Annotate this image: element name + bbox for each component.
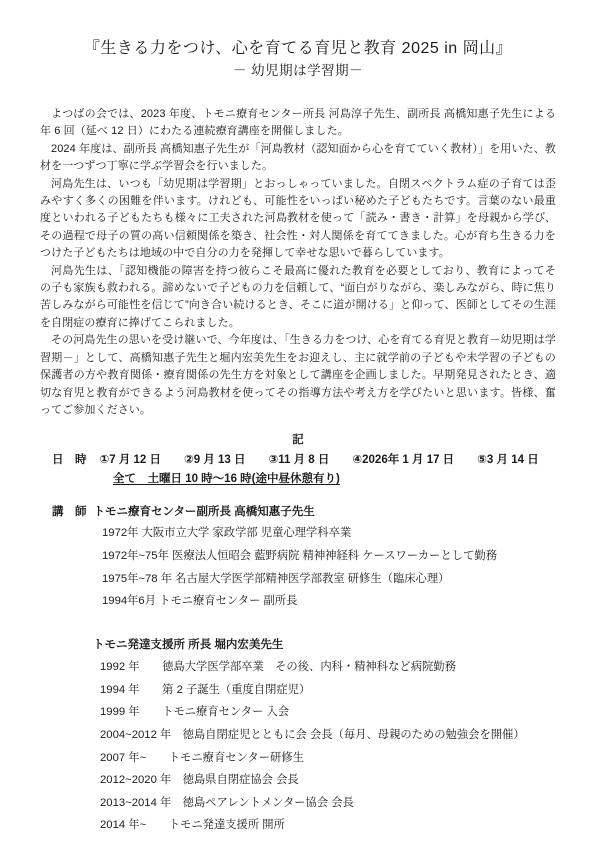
schedule-label: 日 時: [52, 451, 87, 470]
lecturer1-history: 1972年 大阪市立大学 家政学部 児童心理学科卒業 1972年~75年 医療法…: [40, 522, 556, 612]
history-line: 1972年~75年 医療法人恒昭会 藍野病院 精神神経科 ケースワーカーとして勤…: [102, 545, 556, 568]
schedule-time-note-line: 全て 土曜日 10 時～16 時(途中昼休憩有り): [40, 470, 556, 489]
lecturer1-name: トモニ療育センター副所長 高橋知惠子先生: [94, 502, 315, 522]
record-heading: 記: [40, 432, 556, 448]
lecturers-section: 講 師 トモニ療育センター副所長 高橋知惠子先生 1972年 大阪市立大学 家政…: [40, 502, 556, 837]
intro-paragraph-5: その河島先生の思いを受け継いで、今年度は、「生きる力をつけ、心を育てる育児と教育…: [40, 332, 556, 419]
history-line: 1994 年 第 2 子誕生（重度自閉症児）: [100, 679, 556, 702]
lecturer2-name: トモニ発達支援所 所長 堀内宏美先生: [40, 634, 556, 657]
schedule-dates: ①7 月 12 日 ②9 月 13 日 ③11 月 8 日 ④2026年 1 月…: [100, 451, 539, 470]
lecturer1-row: 講 師 トモニ療育センター副所長 高橋知惠子先生: [40, 502, 556, 522]
intro-paragraph-2: 2024 年度は、副所長 高橋知惠子先生が「河島教材（認知面から心を育てていく教…: [40, 141, 556, 176]
history-line: 1994年6月 トモニ療育センター 副所長: [102, 590, 556, 613]
history-line: 1999 年 トモニ療育センター 入会: [100, 701, 556, 724]
document-subtitle: － 幼児期は学習期－: [40, 61, 556, 81]
document-page: 『生きる力をつけ、心を育てる育児と教育 2025 in 岡山』 － 幼児期は学習…: [0, 0, 596, 842]
history-line: 1992 年 徳島大学医学部卒業 その後、内科・精神科など病院勤務: [100, 656, 556, 679]
intro-paragraph-1: よつばの会では、2023 年度、トモニ療育センター所長 河島淳子先生、副所長 高…: [40, 106, 556, 141]
lecturer-label: 講 師: [52, 502, 87, 522]
intro-paragraph-4: 河島先生は、「認知機能の障害を持つ彼らこそ最高に優れた教育を必要としており、教育…: [40, 263, 556, 333]
intro-paragraph-3: 河島先生は、いつも「幼児期は学習期」とおっしゃっていました。自閉スペクトラム症の…: [40, 176, 556, 263]
document-title: 『生きる力をつけ、心を育てる育児と教育 2025 in 岡山』: [40, 38, 556, 60]
introduction-text: よつばの会では、2023 年度、トモニ療育センター所長 河島淳子先生、副所長 高…: [40, 106, 556, 419]
schedule-row: 日 時 ①7 月 12 日 ②9 月 13 日 ③11 月 8 日 ④2026年…: [40, 451, 556, 470]
document-content: 『生きる力をつけ、心を育てる育児と教育 2025 in 岡山』 － 幼児期は学習…: [0, 0, 596, 837]
history-line: 1972年 大阪市立大学 家政学部 児童心理学科卒業: [102, 522, 556, 545]
history-line: 2013~2014 年 徳島ペアレントメンター協会 会長: [100, 792, 556, 815]
lecturer2-history: 1992 年 徳島大学医学部卒業 その後、内科・精神科など病院勤務 1994 年…: [40, 656, 556, 837]
history-line: 2014 年~ トモニ発達支援所 開所: [100, 814, 556, 837]
schedule-time-note: 全て 土曜日 10 時～16 時(途中昼休憩有り): [113, 473, 340, 485]
history-line: 2007 年~ トモニ療育センター研修生: [100, 747, 556, 770]
history-line: 1975年~78 年 名古屋大学医学部精神医学部教室 研修生（臨床心理）: [102, 568, 556, 591]
history-line: 2012~2020 年 徳島県自閉症協会 会長: [100, 769, 556, 792]
history-line: 2004~2012 年 徳島自閉症児とともに会 会長（毎月、母親のための勉強会を…: [100, 724, 556, 747]
